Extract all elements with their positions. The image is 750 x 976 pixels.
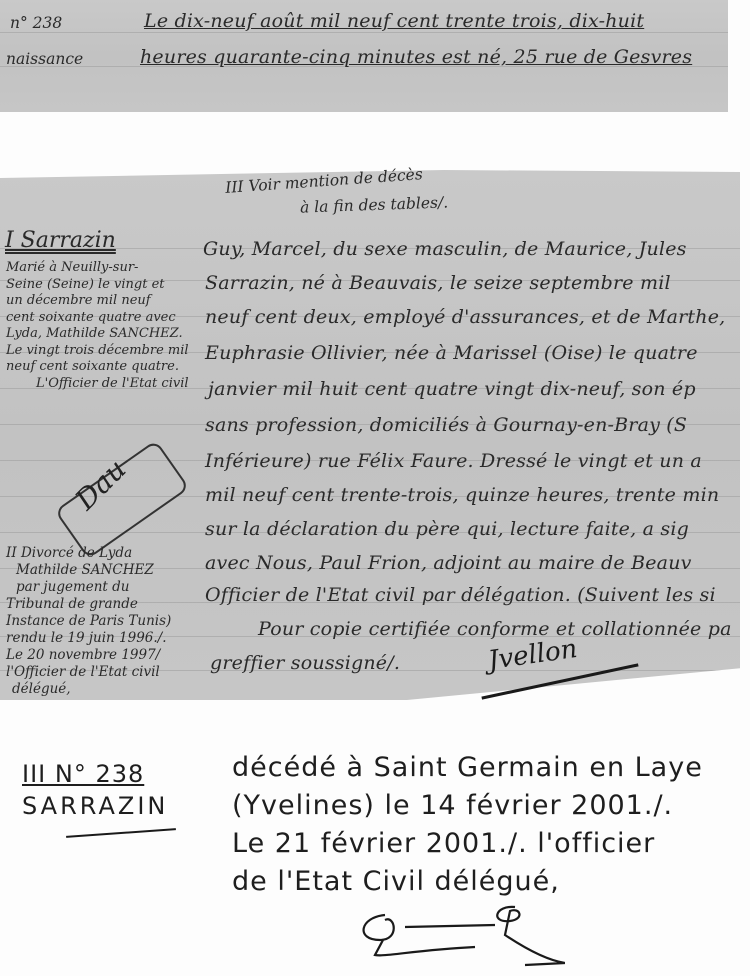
body-line-3: neuf cent deux, employé d'assurances, et… <box>205 306 725 328</box>
margin-note-line: rendu le 19 juin 1996./. <box>6 630 171 647</box>
margin-note-line: cent soixante quatre avec <box>6 310 189 327</box>
margin-heading: I Sarrazin <box>5 228 116 253</box>
margin-heading-text: I Sarrazin <box>5 228 116 253</box>
margin-note-line: un décembre mil neuf <box>6 293 189 310</box>
margin-note-line: l'Officier de l'Etat civil <box>6 664 171 681</box>
body-line-12: Pour copie certifiée conforme et collati… <box>258 618 732 640</box>
margin-note-line: délégué, <box>6 681 171 698</box>
margin-note-line: Le vingt trois décembre mil <box>6 343 189 360</box>
body-line-4: Euphrasie Ollivier, née à Marissel (Oise… <box>205 342 698 364</box>
death-line-4: de l'Etat Civil délégué, <box>232 866 560 897</box>
record-line-2: heures quarante-cinq minutes est né, 25 … <box>140 46 692 68</box>
record-line-1: Le dix-neuf août mil neuf cent trente tr… <box>144 10 644 32</box>
margin-note-line: Seine (Seine) le vingt et <box>6 277 189 294</box>
body-line-7: Inférieure) rue Félix Faure. Dressé le v… <box>205 450 702 472</box>
body-line-9: sur la déclaration du père qui, lecture … <box>205 518 689 540</box>
body-line-1: Guy, Marcel, du sexe masculin, de Mauric… <box>203 238 687 260</box>
margin-note-line: Mathilde SANCHEZ <box>6 562 171 579</box>
body-line-6: sans profession, domiciliés à Gournay-en… <box>205 414 687 436</box>
body-line-10: avec Nous, Paul Frion, adjoint au maire … <box>205 552 692 574</box>
margin-note-line: L'Officier de l'Etat civil <box>6 376 189 393</box>
margin-note-line: neuf cent soixante quatre. <box>6 359 189 376</box>
officer-signature <box>345 895 565 970</box>
body-line-13: greffier soussigné/. <box>210 652 400 674</box>
margin-note-line: Instance de Paris Tunis) <box>6 613 171 630</box>
record-number: n° 238 <box>10 14 62 32</box>
birth-record-strip: n° 238 naissance Le dix-neuf août mil ne… <box>0 0 728 112</box>
surname-underline <box>66 828 176 838</box>
margin-note-2: II Divorcé de Lyda Mathilde SANCHEZ par … <box>6 545 171 698</box>
margin-note-line: II Divorcé de Lyda <box>6 545 171 562</box>
body-line-5: janvier mil huit cent quatre vingt dix-n… <box>208 378 696 400</box>
body-line-11: Officier de l'Etat civil par délégation.… <box>205 584 716 606</box>
death-ref-number: III N° 238 <box>22 760 144 788</box>
body-line-2: Sarrazin, né à Beauvais, le seize septem… <box>205 272 671 294</box>
ruled-line <box>0 32 728 33</box>
margin-note-line: Tribunal de grande <box>6 596 171 613</box>
body-line-8: mil neuf cent trente-trois, quinze heure… <box>205 484 719 506</box>
margin-note-line: Le 20 novembre 1997/ <box>6 647 171 664</box>
margin-note-1: Marié à Neuilly-sur- Seine (Seine) le vi… <box>6 260 189 392</box>
margin-note-line: Marié à Neuilly-sur- <box>6 260 189 277</box>
margin-note-line: Lyda, Mathilde SANCHEZ. <box>6 326 189 343</box>
margin-note-line: par jugement du <box>6 579 171 596</box>
death-ref-text: III N° 238 <box>22 760 144 788</box>
death-line-3: Le 21 février 2001./. l'officier <box>232 828 655 859</box>
record-type: naissance <box>6 50 83 68</box>
death-line-2: (Yvelines) le 14 février 2001./. <box>232 790 673 821</box>
death-surname: SARRAZIN <box>22 792 168 820</box>
death-line-1: décédé à Saint Germain en Laye <box>232 752 703 783</box>
